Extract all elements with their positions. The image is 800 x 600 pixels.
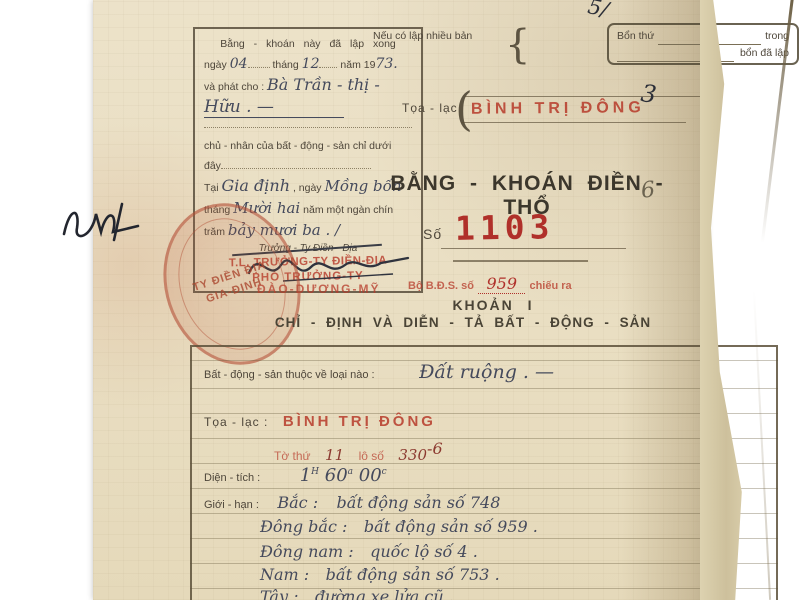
place-value: Gia định [222,176,291,195]
copy-no-label: Bổn thứ [617,28,654,45]
bounds-label: Giới - hạn : [204,499,259,511]
location-rule-bottom [461,122,686,123]
area-row: Diện - tích : 1H 60a 00c [204,465,387,486]
location-value-stamp: BÌNH TRỊ ĐÔNG [471,99,645,119]
bound-north-desc: bất động sản số 748 [337,493,501,512]
divider-leader [204,119,412,128]
area-hectares: 1 [300,465,311,486]
property-type-label: Bất - động - sản thuộc về loại nào : [204,369,375,381]
section-subheading: CHỈ - ĐỊNH VÀ DIỄN - TẢ BẤT - ĐỘNG - SẢN [183,315,743,330]
number-value-stamp: 1103 [455,207,555,248]
number-rule1 [441,248,626,249]
owner-name-part2: Hữu . — [204,97,344,118]
date2-label: , ngày [293,182,322,194]
area-unit-c: c [382,467,387,477]
owner-note-line1: chủ - nhân của bất - động - sản chỉ dưới [204,136,412,156]
number-rule2 [453,260,588,262]
year-value: 73. [375,56,397,72]
bound-south-desc: bất động sản số 753 . [326,565,500,584]
area-unit-h: H [311,467,319,477]
bound-se-dir: Đông nam : [260,542,354,561]
owner-name-part1: Bà Trần - thị - [267,75,380,94]
bound-south-dir: Nam : [260,565,309,584]
day-label: ngày [204,59,227,71]
scanned-document-paper: Bằng - khoán này đã lập xong ngày 04 thá… [93,0,707,600]
area-ares: 60 [325,465,348,486]
bound-row-south: Nam : bất động sản số 753 . [260,565,500,585]
copies-made-label: bổn đã lập [740,45,789,62]
bds-number: 959 [478,274,525,294]
bds-stamp-line: Bộ B.Đ.S. số 959 chiếu ra [408,274,572,294]
area-unit-a: a [348,467,353,477]
copies-note: Nếu có lập nhiều bản [373,30,472,42]
location-label: Tọa - lạc [402,101,458,115]
lot-number-sup: -6 [427,439,443,458]
lot-label: lô số [359,449,384,463]
bound-west-desc: đường xe lửa cũ . [315,587,454,600]
location-row: Tọa - lạc : BÌNH TRỊ ĐÔNG [204,413,436,431]
sheet-number: 11 [315,446,354,464]
bounds-first-row: Giới - hạn : Bắc : bất động sản số 748 [204,493,500,513]
sheet-lot-row: Tờ thứ 11 lô số 330-6 [274,439,443,465]
month-label: tháng [272,59,298,71]
number-label: Số [423,226,442,242]
bound-ne-desc: bất động sản số 959 . [364,517,538,536]
bound-ne-dir: Đông bắc : [260,517,347,536]
area-label: Diện - tích : [204,472,260,484]
day-value: 04 [230,56,248,72]
area-centiares: 00 [359,465,382,486]
location-hand-mark: 3 [639,79,658,109]
bound-row-southeast: Đông nam : quốc lộ số 4 . [260,542,478,562]
area-value: 1H 60a 00c [300,465,387,486]
bound-west-dir: Tây : [260,587,298,600]
paper-fold-edge [700,0,744,600]
year-label: năm 19 [340,59,375,71]
property-type-row: Bất - động - sản thuộc về loại nào : Đất… [204,361,554,383]
property-type-value: Đất ruộng . — [419,361,554,383]
owner-note-line2: đây [204,160,221,172]
location-row-value: BÌNH TRỊ ĐÔNG [283,413,436,430]
bound-row-west: Tây : đường xe lửa cũ . [260,587,454,600]
bds-pre: Bộ B.Đ.S. số [408,280,474,292]
location-row-label: Tọa - lạc : [204,415,268,429]
at-label: Tại [204,182,219,194]
lot-number: 330 [388,446,427,464]
issued-to-label: và phát cho : [204,81,264,93]
month-value: 12 [302,56,320,72]
stray-hand-mark: 6 [640,177,657,203]
copies-brace: { [505,22,530,68]
bound-se-desc: quốc lộ số 4 . [370,542,478,561]
location-rule-top [465,96,700,97]
bound-north-dir: Bắc : [277,493,318,512]
page-mark: 5/ [586,0,611,22]
bound-row-northeast: Đông bắc : bất động sản số 959 . [260,517,538,537]
sheet-label: Tờ thứ [274,449,311,463]
bds-post: chiếu ra [529,280,571,292]
ink-scribble [58,198,168,246]
section-heading: KHOẢN I [273,297,713,313]
property-description-box: Bất - động - sản thuộc về loại nào : Đất… [190,345,778,600]
